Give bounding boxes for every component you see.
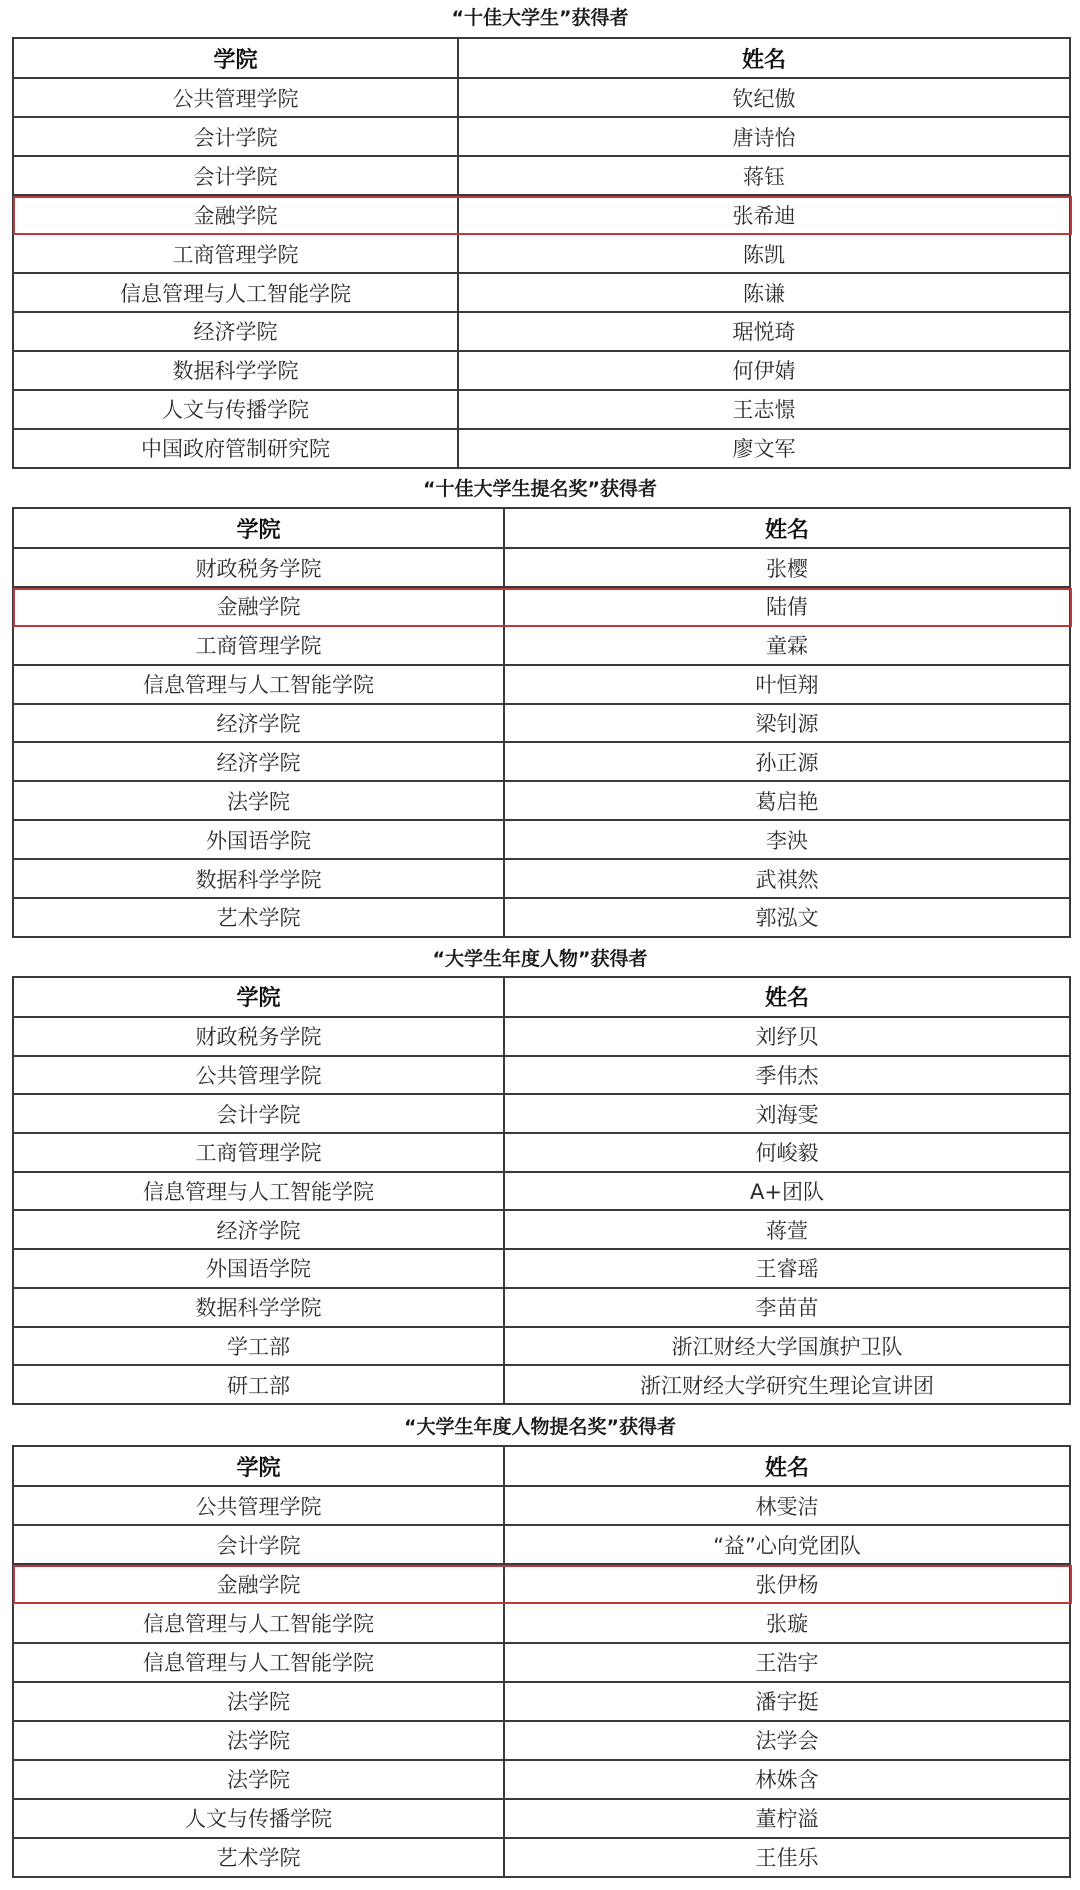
cell-name: 童霖 bbox=[504, 626, 1070, 665]
cell-college: 外国语学院 bbox=[13, 1249, 504, 1288]
table-row: 人文与传播学院王志憬 bbox=[13, 390, 1070, 429]
cell-name: 张伊杨 bbox=[504, 1564, 1070, 1603]
table-top-ten-nominee: 学院姓名财政税务学院张樱金融学院陆倩工商管理学院童霖信息管理与人工智能学院叶恒翔… bbox=[12, 507, 1071, 938]
cell-college: 信息管理与人工智能学院 bbox=[13, 1603, 504, 1642]
cell-college: 金融学院 bbox=[13, 1564, 504, 1603]
cell-name: 王佳乐 bbox=[504, 1838, 1070, 1877]
table-row: 人文与传播学院董柠溢 bbox=[13, 1799, 1070, 1838]
header-college: 学院 bbox=[13, 1446, 504, 1486]
table-row: 数据科学学院何伊婧 bbox=[13, 351, 1070, 390]
cell-college: 法学院 bbox=[13, 781, 504, 820]
cell-name: 林雯洁 bbox=[504, 1486, 1070, 1525]
table-row: 外国语学院李泱 bbox=[13, 820, 1070, 859]
section-title-person-of-year: “大学生年度人物”获得者 bbox=[0, 947, 1080, 971]
table-row: 数据科学学院武祺然 bbox=[13, 859, 1070, 898]
cell-name: 钦纪傲 bbox=[458, 78, 1070, 117]
cell-college: 会计学院 bbox=[13, 117, 458, 156]
cell-college: 中国政府管制研究院 bbox=[13, 429, 458, 468]
header-name: 姓名 bbox=[458, 38, 1070, 78]
cell-name: 陈凯 bbox=[458, 234, 1070, 273]
cell-name: 季伟杰 bbox=[504, 1056, 1070, 1095]
cell-college: 信息管理与人工智能学院 bbox=[13, 1172, 504, 1211]
cell-college: 金融学院 bbox=[13, 587, 504, 626]
cell-college: 外国语学院 bbox=[13, 820, 504, 859]
cell-name: 浙江财经大学国旗护卫队 bbox=[504, 1327, 1070, 1366]
cell-name: 陈谦 bbox=[458, 273, 1070, 312]
cell-college: 学工部 bbox=[13, 1327, 504, 1366]
cell-college: 工商管理学院 bbox=[13, 234, 458, 273]
cell-name: 唐诗怡 bbox=[458, 117, 1070, 156]
cell-college: 法学院 bbox=[13, 1760, 504, 1799]
cell-college: 工商管理学院 bbox=[13, 1133, 504, 1172]
cell-name: 王浩宇 bbox=[504, 1643, 1070, 1682]
cell-college: 艺术学院 bbox=[13, 898, 504, 937]
cell-college: 公共管理学院 bbox=[13, 78, 458, 117]
cell-name: “益”心向党团队 bbox=[504, 1525, 1070, 1564]
cell-name: 张樱 bbox=[504, 548, 1070, 587]
table-row: 会计学院唐诗怡 bbox=[13, 117, 1070, 156]
cell-name: 张璇 bbox=[504, 1603, 1070, 1642]
table-row: 学工部浙江财经大学国旗护卫队 bbox=[13, 1327, 1070, 1366]
cell-college: 经济学院 bbox=[13, 704, 504, 743]
cell-name: 刘海雯 bbox=[504, 1094, 1070, 1133]
cell-name: 郭泓文 bbox=[504, 898, 1070, 937]
table-row: 法学院法学会 bbox=[13, 1721, 1070, 1760]
cell-college: 经济学院 bbox=[13, 1210, 504, 1249]
cell-name: 刘纾贝 bbox=[504, 1017, 1070, 1056]
cell-college: 人文与传播学院 bbox=[13, 390, 458, 429]
table-row: 数据科学学院李苗苗 bbox=[13, 1288, 1070, 1327]
table-row: 工商管理学院何峻毅 bbox=[13, 1133, 1070, 1172]
cell-name: 陆倩 bbox=[504, 587, 1070, 626]
table-row: 公共管理学院林雯洁 bbox=[13, 1486, 1070, 1525]
table-row: 信息管理与人工智能学院A+团队 bbox=[13, 1172, 1070, 1211]
cell-college: 经济学院 bbox=[13, 742, 504, 781]
table-row: 会计学院“益”心向党团队 bbox=[13, 1525, 1070, 1564]
table-row: 经济学院蒋萱 bbox=[13, 1210, 1070, 1249]
table-row: 财政税务学院刘纾贝 bbox=[13, 1017, 1070, 1056]
table-header-row: 学院姓名 bbox=[13, 508, 1070, 548]
cell-name: 浙江财经大学研究生理论宣讲团 bbox=[504, 1365, 1070, 1404]
cell-name: 葛启艳 bbox=[504, 781, 1070, 820]
table-header-row: 学院姓名 bbox=[13, 1446, 1070, 1486]
cell-name: 王睿瑶 bbox=[504, 1249, 1070, 1288]
cell-college: 人文与传播学院 bbox=[13, 1799, 504, 1838]
table-row: 艺术学院王佳乐 bbox=[13, 1838, 1070, 1877]
section-title-top-ten: “十佳大学生”获得者 bbox=[0, 6, 1080, 30]
table-row: 工商管理学院童霖 bbox=[13, 626, 1070, 665]
cell-college: 会计学院 bbox=[13, 1094, 504, 1133]
table-row: 工商管理学院陈凯 bbox=[13, 234, 1070, 273]
cell-college: 艺术学院 bbox=[13, 1838, 504, 1877]
table-person-of-year-nominee: 学院姓名公共管理学院林雯洁会计学院“益”心向党团队金融学院张伊杨信息管理与人工智… bbox=[12, 1445, 1071, 1878]
cell-name: 蒋萱 bbox=[504, 1210, 1070, 1249]
header-name: 姓名 bbox=[504, 977, 1070, 1017]
table-row-highlighted: 金融学院陆倩 bbox=[13, 587, 1070, 626]
cell-college: 公共管理学院 bbox=[13, 1486, 504, 1525]
table-row: 信息管理与人工智能学院叶恒翔 bbox=[13, 665, 1070, 704]
cell-name: 董柠溢 bbox=[504, 1799, 1070, 1838]
table-row: 经济学院琚悦琦 bbox=[13, 312, 1070, 351]
cell-college: 工商管理学院 bbox=[13, 626, 504, 665]
table-row: 财政税务学院张樱 bbox=[13, 548, 1070, 587]
cell-college: 数据科学学院 bbox=[13, 859, 504, 898]
table-row: 公共管理学院季伟杰 bbox=[13, 1056, 1070, 1095]
table-row: 法学院林姝含 bbox=[13, 1760, 1070, 1799]
table-row: 会计学院蒋钰 bbox=[13, 156, 1070, 195]
header-name: 姓名 bbox=[504, 508, 1070, 548]
table-top-ten: 学院姓名公共管理学院钦纪傲会计学院唐诗怡会计学院蒋钰金融学院张希迪工商管理学院陈… bbox=[12, 37, 1071, 469]
cell-college: 经济学院 bbox=[13, 312, 458, 351]
cell-college: 会计学院 bbox=[13, 156, 458, 195]
cell-name: 廖文军 bbox=[458, 429, 1070, 468]
table-row: 信息管理与人工智能学院陈谦 bbox=[13, 273, 1070, 312]
table-row: 公共管理学院钦纪傲 bbox=[13, 78, 1070, 117]
table-row: 会计学院刘海雯 bbox=[13, 1094, 1070, 1133]
table-row-highlighted: 金融学院张伊杨 bbox=[13, 1564, 1070, 1603]
cell-name: 潘宇挺 bbox=[504, 1682, 1070, 1721]
cell-name: 蒋钰 bbox=[458, 156, 1070, 195]
cell-college: 信息管理与人工智能学院 bbox=[13, 1643, 504, 1682]
cell-name: 王志憬 bbox=[458, 390, 1070, 429]
cell-name: A+团队 bbox=[504, 1172, 1070, 1211]
cell-name: 法学会 bbox=[504, 1721, 1070, 1760]
cell-college: 数据科学学院 bbox=[13, 351, 458, 390]
cell-name: 琚悦琦 bbox=[458, 312, 1070, 351]
table-person-of-year: 学院姓名财政税务学院刘纾贝公共管理学院季伟杰会计学院刘海雯工商管理学院何峻毅信息… bbox=[12, 976, 1071, 1405]
cell-name: 张希迪 bbox=[458, 195, 1070, 234]
cell-college: 法学院 bbox=[13, 1682, 504, 1721]
table-row: 经济学院孙正源 bbox=[13, 742, 1070, 781]
header-college: 学院 bbox=[13, 977, 504, 1017]
table-row-highlighted: 金融学院张希迪 bbox=[13, 195, 1070, 234]
cell-college: 财政税务学院 bbox=[13, 1017, 504, 1056]
table-row: 信息管理与人工智能学院张璇 bbox=[13, 1603, 1070, 1642]
table-header-row: 学院姓名 bbox=[13, 977, 1070, 1017]
section-title-top-ten-nominee: “十佳大学生提名奖”获得者 bbox=[0, 477, 1080, 501]
cell-name: 李泱 bbox=[504, 820, 1070, 859]
table-row: 艺术学院郭泓文 bbox=[13, 898, 1070, 937]
cell-name: 梁钊源 bbox=[504, 704, 1070, 743]
cell-name: 何伊婧 bbox=[458, 351, 1070, 390]
table-header-row: 学院姓名 bbox=[13, 38, 1070, 78]
table-row: 经济学院梁钊源 bbox=[13, 704, 1070, 743]
cell-college: 财政税务学院 bbox=[13, 548, 504, 587]
cell-name: 叶恒翔 bbox=[504, 665, 1070, 704]
cell-college: 研工部 bbox=[13, 1365, 504, 1404]
table-row: 法学院潘宇挺 bbox=[13, 1682, 1070, 1721]
cell-name: 林姝含 bbox=[504, 1760, 1070, 1799]
header-college: 学院 bbox=[13, 38, 458, 78]
table-row: 法学院葛启艳 bbox=[13, 781, 1070, 820]
cell-college: 会计学院 bbox=[13, 1525, 504, 1564]
table-row: 中国政府管制研究院廖文军 bbox=[13, 429, 1070, 468]
cell-name: 孙正源 bbox=[504, 742, 1070, 781]
cell-name: 李苗苗 bbox=[504, 1288, 1070, 1327]
section-title-person-of-year-nominee: “大学生年度人物提名奖”获得者 bbox=[0, 1415, 1080, 1439]
header-name: 姓名 bbox=[504, 1446, 1070, 1486]
header-college: 学院 bbox=[13, 508, 504, 548]
table-row: 外国语学院王睿瑶 bbox=[13, 1249, 1070, 1288]
cell-name: 武祺然 bbox=[504, 859, 1070, 898]
cell-college: 信息管理与人工智能学院 bbox=[13, 273, 458, 312]
cell-college: 数据科学学院 bbox=[13, 1288, 504, 1327]
table-row: 研工部浙江财经大学研究生理论宣讲团 bbox=[13, 1365, 1070, 1404]
cell-college: 公共管理学院 bbox=[13, 1056, 504, 1095]
cell-name: 何峻毅 bbox=[504, 1133, 1070, 1172]
cell-college: 法学院 bbox=[13, 1721, 504, 1760]
cell-college: 金融学院 bbox=[13, 195, 458, 234]
table-row: 信息管理与人工智能学院王浩宇 bbox=[13, 1643, 1070, 1682]
cell-college: 信息管理与人工智能学院 bbox=[13, 665, 504, 704]
